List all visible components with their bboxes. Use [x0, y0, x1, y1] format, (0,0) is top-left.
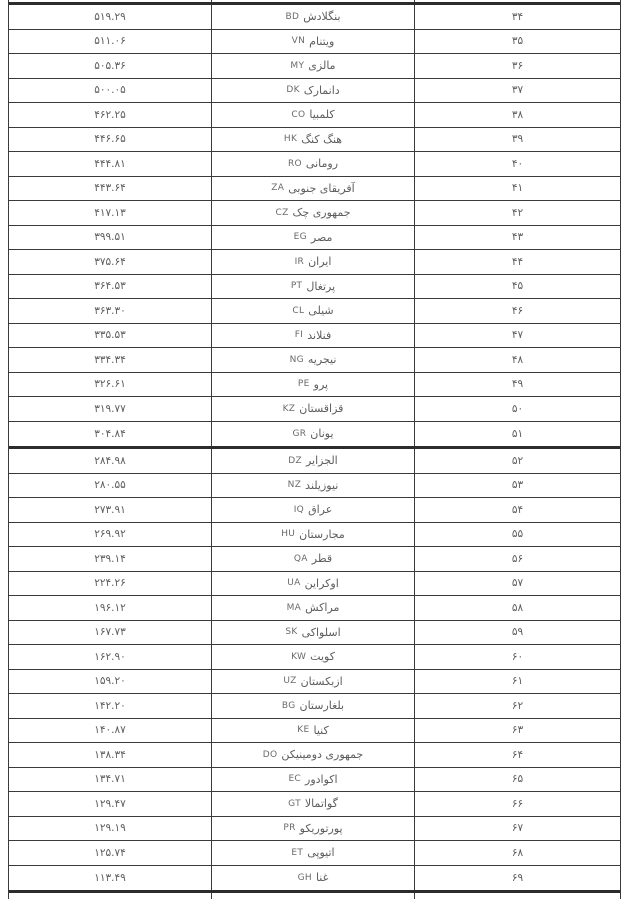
table-row: ۴۰ رومانی RO ۴۴۴.۸۱: [9, 152, 620, 177]
country-name: ایران: [308, 255, 331, 268]
value-cell: ۵۰۰.۰۵: [9, 79, 211, 103]
value-cell: ۱۴۲.۲۰: [9, 694, 211, 718]
country-code: NG: [290, 355, 304, 365]
country-cell: قطر QA: [211, 547, 415, 571]
country-code: GH: [298, 873, 312, 883]
rank-cell: ۳۵: [415, 30, 620, 54]
table-row: ۵۴ عراق IQ ۲۷۳.۹۱: [9, 498, 620, 523]
table-row: ۶۵ اکوادور EC ۱۳۴.۷۱: [9, 768, 620, 793]
table-row: ۴۹ پرو PE ۳۲۶.۶۱: [9, 373, 620, 398]
country-code: HU: [281, 529, 295, 539]
country-name: مجارستان: [299, 528, 345, 541]
country-cell: شیلی CL: [211, 299, 415, 323]
country-code: DK: [286, 85, 299, 95]
rank-cell: ۶۴: [415, 743, 620, 767]
table-row: ۴۸ نیجریه NG ۳۳۴.۳۴: [9, 348, 620, 373]
value-cell: ۱۹۶.۱۲: [9, 596, 211, 620]
country-name: آفریقای جنوبی: [288, 182, 355, 195]
value-cell: ۱۶۷.۷۳: [9, 621, 211, 645]
table-row: ۴۷ فنلاند FI ۳۳۵.۵۳: [9, 324, 620, 349]
country-code: EC: [288, 774, 301, 784]
rank-cell: ۵۰: [415, 397, 620, 421]
country-name: قطر: [312, 552, 332, 565]
value-cell: ۱۲۹.۱۹: [9, 817, 211, 841]
country-name: شیلی: [308, 304, 333, 317]
country-name: قزاقستان: [299, 402, 343, 415]
country-name: غنا: [316, 871, 328, 884]
rank-cell: ۳۴: [415, 5, 620, 29]
country-code: UA: [287, 578, 300, 588]
value-cell: ۳۳۴.۳۴: [9, 348, 211, 372]
country-code: CO: [291, 110, 305, 120]
country-cell: مراکش MA: [211, 596, 415, 620]
country-code: PR: [283, 823, 295, 833]
country-name: نیجریه: [308, 353, 337, 366]
value-cell: ۱۱۳.۴۹: [9, 866, 211, 891]
country-code: GR: [292, 429, 306, 439]
value-cell: ۳۱۹.۷۷: [9, 397, 211, 421]
rank-cell: ۵۳: [415, 474, 620, 498]
country-cell: آفریقای جنوبی ZA: [211, 177, 415, 201]
country-cell: کلمبیا CO: [211, 103, 415, 127]
rank-cell: ۳۷: [415, 79, 620, 103]
table-row: ۳۴ بنگلادش BD ۵۱۹.۲۹: [9, 5, 620, 30]
table-row: ۵۸ مراکش MA ۱۹۶.۱۲: [9, 596, 620, 621]
country-code: GT: [288, 799, 301, 809]
value-cell: ۱۳۸.۳۴: [9, 743, 211, 767]
country-code: IQ: [294, 505, 304, 515]
country-name: ویتنام: [309, 35, 334, 48]
value-cell: ۱۲۹.۴۷: [9, 792, 211, 816]
value-cell: ۳۳۵.۵۳: [9, 324, 211, 348]
value-cell: ۳۶۴.۵۳: [9, 275, 211, 299]
rank-cell: ۵۵: [415, 523, 620, 547]
country-code: BD: [285, 12, 299, 22]
country-code: HK: [284, 134, 297, 144]
country-cell: اکوادور EC: [211, 768, 415, 792]
rank-cell: ۴۰: [415, 152, 620, 176]
country-name: یونان: [310, 427, 333, 440]
country-code: PE: [298, 379, 310, 389]
country-name: الجزایر: [306, 454, 338, 467]
table-group-2: ۵۲ الجزایر DZ ۲۸۴.۹۸ ۵۳ نیوزیلند NZ ۲۸۰.…: [9, 446, 620, 890]
table-row: ۶۶ گواتمالا GT ۱۲۹.۴۷: [9, 792, 620, 817]
value-cell: ۵۱۹.۲۹: [9, 5, 211, 29]
value-cell: ۴۴۶.۶۵: [9, 128, 211, 152]
country-code: VN: [292, 36, 306, 46]
country-cell: نیجریه NG: [211, 348, 415, 372]
country-code: BG: [282, 701, 296, 711]
table-row: ۳۵ ویتنام VN ۵۱۱.۰۶: [9, 30, 620, 55]
rank-cell: ۶۳: [415, 719, 620, 743]
country-name: کویت: [310, 650, 335, 663]
country-name: مراکش: [305, 601, 339, 614]
value-cell: ۲۷۳.۹۱: [9, 498, 211, 522]
country-ranking-table: ۳۴ بنگلادش BD ۵۱۹.۲۹ ۳۵ ویتنام VN ۵۱۱.۰۶…: [8, 0, 621, 899]
country-cell: بلغارستان BG: [211, 694, 415, 718]
rank-cell: ۴۳: [415, 226, 620, 250]
country-cell: ایران IR: [211, 250, 415, 274]
table-row: ۵۲ الجزایر DZ ۲۸۴.۹۸: [9, 449, 620, 474]
table-row: ۶۱ ازبکستان UZ ۱۵۹.۲۰: [9, 670, 620, 695]
rank-cell: ۵۶: [415, 547, 620, 571]
page: ۳۴ بنگلادش BD ۵۱۹.۲۹ ۳۵ ویتنام VN ۵۱۱.۰۶…: [0, 0, 628, 899]
table-row: ۳۷ دانمارک DK ۵۰۰.۰۵: [9, 79, 620, 104]
country-code: IR: [295, 257, 305, 267]
value-cell: ۱۲۵.۷۴: [9, 841, 211, 865]
value-cell: ۳۷۵.۶۴: [9, 250, 211, 274]
country-name: اتیوپی: [307, 846, 334, 859]
value-cell: ۳۶۳.۳۰: [9, 299, 211, 323]
value-cell: ۲۸۰.۵۵: [9, 474, 211, 498]
rank-cell: ۴۹: [415, 373, 620, 397]
table-group-1: ۳۴ بنگلادش BD ۵۱۹.۲۹ ۳۵ ویتنام VN ۵۱۱.۰۶…: [9, 2, 620, 446]
rank-cell: ۴۲: [415, 201, 620, 225]
partial-row-top-group: [9, 0, 620, 2]
table-row: ۴۵ پرتغال PT ۳۶۴.۵۳: [9, 275, 620, 300]
partial-row-bottom: [9, 893, 620, 899]
rank-cell: ۴۴: [415, 250, 620, 274]
country-cell: مصر EG: [211, 226, 415, 250]
country-name: کنیا: [313, 724, 328, 737]
country-name: دانمارک: [304, 84, 340, 97]
country-cell: فنلاند FI: [211, 324, 415, 348]
value-cell: ۱۴۰.۸۷: [9, 719, 211, 743]
country-name: نیوزیلند: [305, 479, 338, 492]
country-cell: پرو PE: [211, 373, 415, 397]
table-row: ۵۱ یونان GR ۳۰۴.۸۴: [9, 422, 620, 447]
country-name: اسلواکی: [302, 626, 341, 639]
country-cell: اسلواکی SK: [211, 621, 415, 645]
value-cell: ۱۶۲.۹۰: [9, 645, 211, 669]
country-name: اوکراین: [305, 577, 339, 590]
country-code: CL: [292, 306, 304, 316]
value-cell: ۲۶۹.۹۲: [9, 523, 211, 547]
value-cell: ۴۴۴.۸۱: [9, 152, 211, 176]
rank-cell: ۵۱: [415, 422, 620, 447]
country-cell: گواتمالا GT: [211, 792, 415, 816]
country-code: MY: [290, 61, 304, 71]
rank-cell: ۴۷: [415, 324, 620, 348]
rank-cell: ۶۹: [415, 866, 620, 891]
rank-cell: ۶۷: [415, 817, 620, 841]
country-code: ZA: [271, 183, 284, 193]
country-code: DO: [263, 750, 278, 760]
rank-cell: ۳۹: [415, 128, 620, 152]
country-cell: پرتغال PT: [211, 275, 415, 299]
country-name: بلغارستان: [299, 699, 344, 712]
rank-cell: [415, 893, 620, 899]
country-cell: اتیوپی ET: [211, 841, 415, 865]
value-cell: ۲۳۹.۱۴: [9, 547, 211, 571]
partial-row-bottom-group: [9, 890, 620, 899]
country-cell: دانمارک DK: [211, 79, 415, 103]
table-row: ۵۵ مجارستان HU ۲۶۹.۹۲: [9, 523, 620, 548]
country-cell: کویت KW: [211, 645, 415, 669]
table-row: ۶۹ غنا GH ۱۱۳.۴۹: [9, 866, 620, 891]
country-cell: مالزی MY: [211, 54, 415, 78]
country-name: پرتغال: [306, 280, 335, 293]
country-code: PT: [291, 281, 303, 291]
country-code: CZ: [275, 208, 288, 218]
country-cell: [211, 893, 415, 899]
country-cell: جمهوری دومینیکن DO: [211, 743, 415, 767]
table-row: ۶۰ کویت KW ۱۶۲.۹۰: [9, 645, 620, 670]
country-name: پورتوریکو: [300, 822, 343, 835]
rank-cell: ۴۱: [415, 177, 620, 201]
country-name: گواتمالا: [305, 797, 338, 810]
value-cell: ۱۳۴.۷۱: [9, 768, 211, 792]
country-code: KZ: [283, 404, 296, 414]
country-cell: عراق IQ: [211, 498, 415, 522]
table-row: ۴۲ جمهوری چک CZ ۴۱۷.۱۳: [9, 201, 620, 226]
table-row: ۵۰ قزاقستان KZ ۳۱۹.۷۷: [9, 397, 620, 422]
country-cell: ویتنام VN: [211, 30, 415, 54]
table-row: ۴۱ آفریقای جنوبی ZA ۴۴۳.۶۴: [9, 177, 620, 202]
rank-cell: ۴۸: [415, 348, 620, 372]
country-cell: الجزایر DZ: [211, 449, 415, 473]
table-row: ۶۲ بلغارستان BG ۱۴۲.۲۰: [9, 694, 620, 719]
value-cell: ۲۸۴.۹۸: [9, 449, 211, 473]
value-cell: ۵۰۵.۳۶: [9, 54, 211, 78]
value-cell: ۳۲۶.۶۱: [9, 373, 211, 397]
country-name: کلمبیا: [309, 108, 334, 121]
country-name: بنگلادش: [303, 10, 340, 23]
table-row: ۵۳ نیوزیلند NZ ۲۸۰.۵۵: [9, 474, 620, 499]
country-cell: بنگلادش BD: [211, 5, 415, 29]
table-row: ۴۳ مصر EG ۳۹۹.۵۱: [9, 226, 620, 251]
table-row: ۵۷ اوکراین UA ۲۲۴.۲۶: [9, 572, 620, 597]
country-cell: ازبکستان UZ: [211, 670, 415, 694]
country-cell: غنا GH: [211, 866, 415, 891]
country-name: جمهوری چک: [293, 206, 351, 219]
country-code: ET: [291, 848, 303, 858]
country-cell: جمهوری چک CZ: [211, 201, 415, 225]
country-code: QA: [294, 554, 308, 564]
rank-cell: ۶۱: [415, 670, 620, 694]
country-name: پرو: [314, 378, 328, 391]
country-name: عراق: [308, 503, 332, 516]
table-row: ۳۹ هنگ کنگ HK ۴۴۶.۶۵: [9, 128, 620, 153]
table-row: ۳۶ مالزی MY ۵۰۵.۳۶: [9, 54, 620, 79]
country-code: KW: [291, 652, 306, 662]
table-row: ۵۶ قطر QA ۲۳۹.۱۴: [9, 547, 620, 572]
country-cell: [211, 0, 415, 2]
value-cell: ۲۲۴.۲۶: [9, 572, 211, 596]
value-cell: [9, 0, 211, 2]
country-code: FI: [295, 330, 303, 340]
country-cell: هنگ کنگ HK: [211, 128, 415, 152]
rank-cell: ۳۸: [415, 103, 620, 127]
country-name: ازبکستان: [301, 675, 343, 688]
country-name: مالزی: [308, 59, 335, 72]
value-cell: ۵۱۱.۰۶: [9, 30, 211, 54]
rank-cell: ۶۶: [415, 792, 620, 816]
country-code: SK: [285, 627, 297, 637]
country-name: هنگ کنگ: [301, 133, 342, 146]
table-row: ۴۴ ایران IR ۳۷۵.۶۴: [9, 250, 620, 275]
rank-cell: ۶۰: [415, 645, 620, 669]
country-cell: یونان GR: [211, 422, 415, 447]
country-cell: رومانی RO: [211, 152, 415, 176]
table-row: ۵۹ اسلواکی SK ۱۶۷.۷۳: [9, 621, 620, 646]
rank-cell: ۵۴: [415, 498, 620, 522]
country-code: RO: [288, 159, 302, 169]
country-cell: مجارستان HU: [211, 523, 415, 547]
country-code: EG: [294, 232, 307, 242]
table-row: ۶۳ کنیا KE ۱۴۰.۸۷: [9, 719, 620, 744]
value-cell: [9, 893, 211, 899]
country-code: MA: [287, 603, 302, 613]
country-cell: پورتوریکو PR: [211, 817, 415, 841]
table-row: ۶۸ اتیوپی ET ۱۲۵.۷۴: [9, 841, 620, 866]
rank-cell: ۴۶: [415, 299, 620, 323]
rank-cell: ۵۷: [415, 572, 620, 596]
value-cell: ۴۶۲.۲۵: [9, 103, 211, 127]
rank-cell: ۵۹: [415, 621, 620, 645]
country-cell: قزاقستان KZ: [211, 397, 415, 421]
table-row: ۶۴ جمهوری دومینیکن DO ۱۳۸.۳۴: [9, 743, 620, 768]
value-cell: ۴۴۳.۶۴: [9, 177, 211, 201]
country-name: جمهوری دومینیکن: [281, 748, 363, 761]
country-code: NZ: [288, 480, 302, 490]
country-code: KE: [297, 725, 309, 735]
country-code: DZ: [288, 456, 302, 466]
country-cell: نیوزیلند NZ: [211, 474, 415, 498]
value-cell: ۳۹۹.۵۱: [9, 226, 211, 250]
country-name: فنلاند: [307, 329, 331, 342]
rank-cell: ۵۸: [415, 596, 620, 620]
table-row: ۶۷ پورتوریکو PR ۱۲۹.۱۹: [9, 817, 620, 842]
value-cell: ۱۵۹.۲۰: [9, 670, 211, 694]
country-cell: کنیا KE: [211, 719, 415, 743]
rank-cell: ۶۸: [415, 841, 620, 865]
rank-cell: ۴۵: [415, 275, 620, 299]
rank-cell: ۵۲: [415, 449, 620, 473]
rank-cell: ۶۲: [415, 694, 620, 718]
partial-row-top: [9, 0, 620, 2]
rank-cell: ۳۶: [415, 54, 620, 78]
value-cell: ۳۰۴.۸۴: [9, 422, 211, 447]
value-cell: ۴۱۷.۱۳: [9, 201, 211, 225]
rank-cell: [415, 0, 620, 2]
country-name: مصر: [311, 231, 333, 244]
country-cell: اوکراین UA: [211, 572, 415, 596]
table-row: ۴۶ شیلی CL ۳۶۳.۳۰: [9, 299, 620, 324]
country-name: رومانی: [306, 157, 338, 170]
country-code: UZ: [283, 676, 296, 686]
table-row: ۳۸ کلمبیا CO ۴۶۲.۲۵: [9, 103, 620, 128]
rank-cell: ۶۵: [415, 768, 620, 792]
country-name: اکوادور: [305, 773, 338, 786]
